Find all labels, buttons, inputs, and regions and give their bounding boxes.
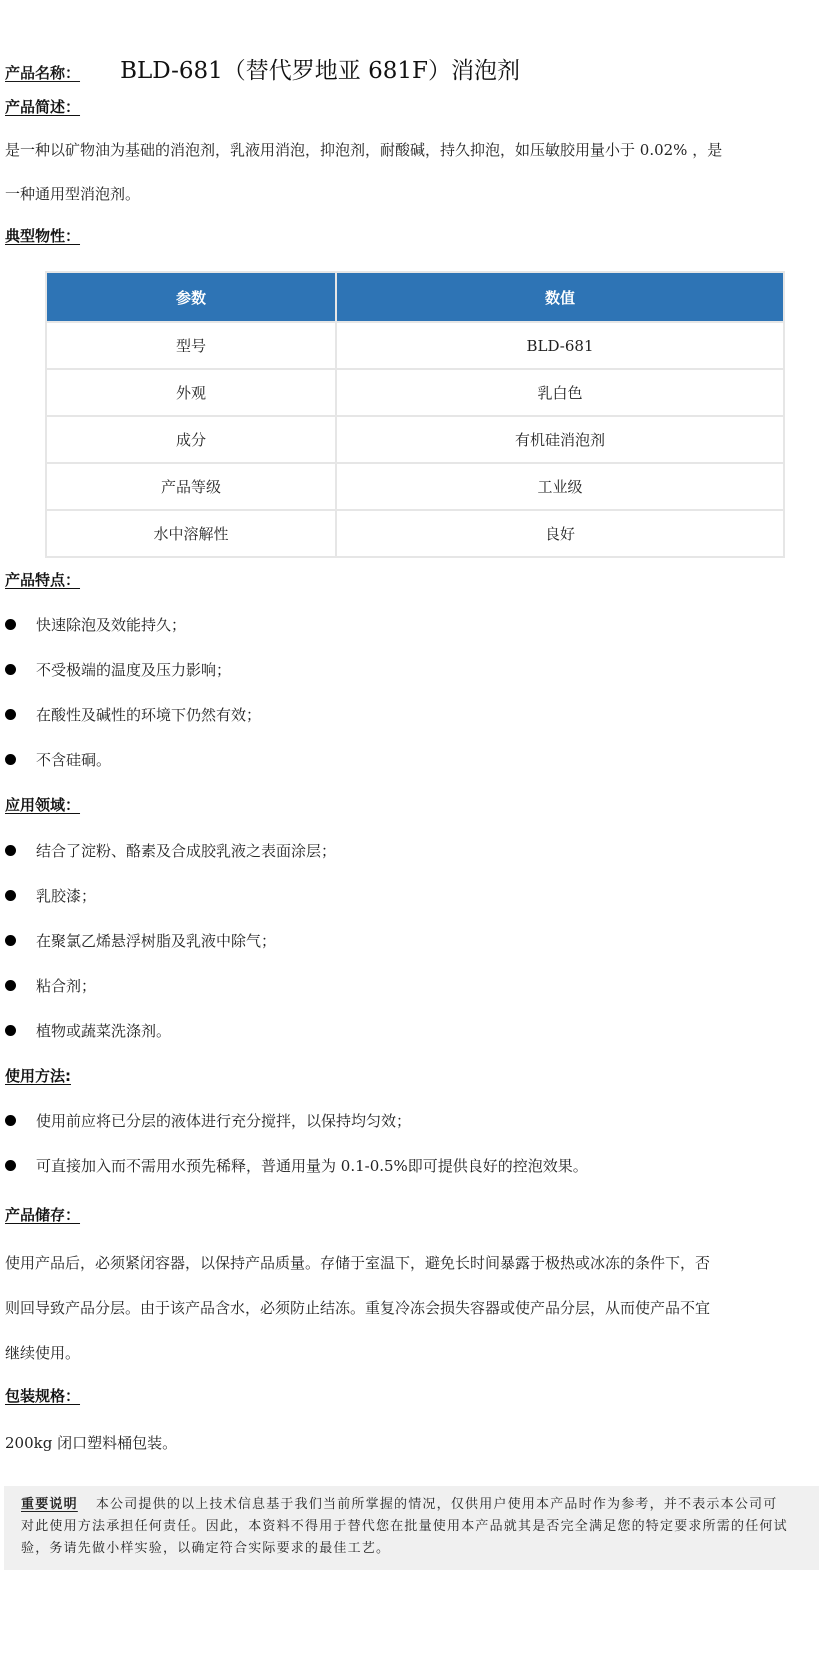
usage-heading: 使用方法: (5, 1066, 71, 1086)
product-name-label: 产品名称： (5, 62, 115, 83)
column-header-value: 数值 (336, 272, 784, 322)
feature-text: 不含硅硐。 (36, 751, 111, 769)
param-cell: 成分 (46, 416, 336, 463)
storage-line-1: 使用产品后，必须紧闭容器，以保持产品质量。存储于室温下，避免长时间暴露于极热或冰… (5, 1252, 710, 1273)
table-row: 外观 乳白色 (46, 369, 784, 416)
usage-item: 使用前应将已分层的液体进行充分搅拌，以保持均匀效； (5, 1110, 411, 1132)
bullet-icon (5, 1115, 16, 1126)
bullet-icon (5, 754, 16, 765)
usage-text: 可直接加入而不需用水预先稀释，普通用量为 0.1-0.5%即可提供良好的控泡效果… (36, 1157, 588, 1175)
bullet-icon (5, 935, 16, 946)
table-header-row: 参数 数值 (46, 272, 784, 322)
value-cell: 工业级 (336, 463, 784, 510)
feature-text: 在酸性及碱性的环境下仍然有效； (36, 706, 261, 724)
features-heading: 产品特点： (5, 570, 80, 590)
application-text: 植物或蔬菜洗涤剂。 (36, 1022, 171, 1040)
bullet-icon (5, 890, 16, 901)
bullet-icon (5, 1025, 16, 1036)
feature-item: 不含硅硐。 (5, 749, 111, 771)
value-cell: 有机硅消泡剂 (336, 416, 784, 463)
application-item: 在聚氯乙烯悬浮树脂及乳液中除气； (5, 930, 276, 952)
application-item: 结合了淀粉、酪素及合成胶乳液之表面涂层； (5, 840, 336, 862)
product-title-row: 产品名称： BLD-681（替代罗地亚 681F）消泡剂 (5, 52, 520, 85)
product-name: BLD-681（替代罗地亚 681F）消泡剂 (120, 58, 520, 84)
important-notice-box: 重要说明本公司提供的以上技术信息基于我们当前所掌握的情况，仅供用户使用本产品时作… (4, 1486, 819, 1570)
bullet-icon (5, 845, 16, 856)
param-cell: 型号 (46, 322, 336, 369)
value-cell: 良好 (336, 510, 784, 557)
bullet-icon (5, 664, 16, 675)
packaging-heading: 包装规格： (5, 1386, 80, 1406)
usage-text: 使用前应将已分层的液体进行充分搅拌，以保持均匀效； (36, 1112, 411, 1130)
bullet-icon (5, 980, 16, 991)
properties-table: 参数 数值 型号 BLD-681 外观 乳白色 成分 有机硅消泡剂 产品等级 工… (45, 271, 785, 558)
bullet-icon (5, 709, 16, 720)
feature-text: 快速除泡及效能持久； (36, 616, 186, 634)
applications-heading: 应用领域： (5, 795, 80, 815)
table-row: 成分 有机硅消泡剂 (46, 416, 784, 463)
param-cell: 水中溶解性 (46, 510, 336, 557)
usage-item: 可直接加入而不需用水预先稀释，普通用量为 0.1-0.5%即可提供良好的控泡效果… (5, 1155, 588, 1177)
table-row: 产品等级 工业级 (46, 463, 784, 510)
value-cell: BLD-681 (336, 322, 784, 369)
bullet-icon (5, 619, 16, 630)
table-row: 水中溶解性 良好 (46, 510, 784, 557)
notice-text-block: 重要说明本公司提供的以上技术信息基于我们当前所掌握的情况，仅供用户使用本产品时作… (21, 1494, 791, 1560)
bullet-icon (5, 1160, 16, 1171)
param-cell: 产品等级 (46, 463, 336, 510)
application-text: 乳胶漆； (36, 887, 96, 905)
notice-body: 本公司提供的以上技术信息基于我们当前所掌握的情况，仅供用户使用本产品时作为参考，… (21, 1497, 788, 1556)
description-line-2: 一种通用型消泡剂。 (5, 183, 140, 204)
application-item: 粘合剂； (5, 975, 96, 997)
description-heading: 产品简述： (5, 97, 80, 117)
value-cell: 乳白色 (336, 369, 784, 416)
feature-item: 不受极端的温度及压力影响； (5, 659, 231, 681)
application-text: 粘合剂； (36, 977, 96, 995)
description-line-1: 是一种以矿物油为基础的消泡剂，乳液用消泡，抑泡剂，耐酸碱，持久抑泡，如压敏胶用量… (5, 139, 722, 160)
feature-item: 快速除泡及效能持久； (5, 614, 186, 636)
application-item: 植物或蔬菜洗涤剂。 (5, 1020, 171, 1042)
packaging-text: 200kg 闭口塑料桶包装。 (5, 1432, 177, 1453)
table-row: 型号 BLD-681 (46, 322, 784, 369)
column-header-parameter: 参数 (46, 272, 336, 322)
feature-item: 在酸性及碱性的环境下仍然有效； (5, 704, 261, 726)
application-text: 结合了淀粉、酪素及合成胶乳液之表面涂层； (36, 842, 336, 860)
storage-line-3: 继续使用。 (5, 1342, 80, 1363)
notice-label: 重要说明 (21, 1497, 78, 1512)
feature-text: 不受极端的温度及压力影响； (36, 661, 231, 679)
param-cell: 外观 (46, 369, 336, 416)
application-text: 在聚氯乙烯悬浮树脂及乳液中除气； (36, 932, 276, 950)
application-item: 乳胶漆； (5, 885, 96, 907)
storage-line-2: 则回导致产品分层。由于该产品含水，必须防止结冻。重复冷冻会损失容器或使产品分层，… (5, 1297, 710, 1318)
properties-heading: 典型物性： (5, 226, 80, 246)
storage-heading: 产品储存： (5, 1205, 80, 1225)
